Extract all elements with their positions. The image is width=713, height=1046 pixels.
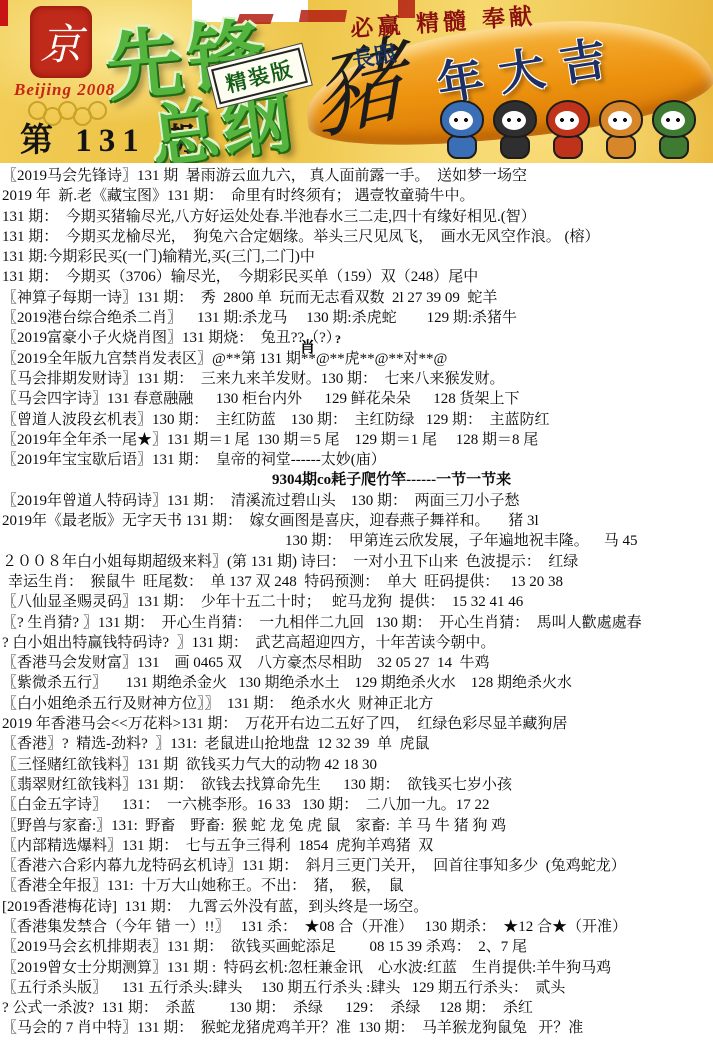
text-line: 131 期： 今期买（3706）输尽光， 今期彩民买单（159）双（248）尾中 bbox=[0, 267, 713, 287]
text-line: 〖2019马会先锋诗〗131 期 暑雨游云血九六， 真人面前露一手。 送如梦一场… bbox=[0, 166, 713, 186]
text-line: 131 期： 今期买龙榆尽光， 狗兔六合定姻缘。举头三尺见凤飞， 画水无风空作浪… bbox=[0, 227, 713, 247]
beijing-2008-wordmark: Beijing 2008 bbox=[14, 80, 115, 100]
text-line: 〖白小姐绝杀五行及财神方位〗〗 131 期： 绝杀水火 财神正北方 bbox=[0, 694, 713, 714]
text-line: ? 公式一杀波? 131 期： 杀蓝 130 期： 杀绿 129： 杀绿 128… bbox=[0, 998, 713, 1018]
text-line: 〖2019年曾道人特码诗〗131 期： 清溪流过碧山头 130 期： 两面三刀小… bbox=[0, 491, 713, 511]
text-line: 〖马会四字诗〗131 春意融融 130 柜台内外 129 鲜花朵朵 128 货架… bbox=[0, 389, 713, 409]
text-line: 〖马会排期发财诗〗131 期： 三来九来羊发财。130 期： 七来八来猴发财。 bbox=[0, 369, 713, 389]
text-line: 〖紫微杀五行〗 131 期绝杀金火 130 期绝杀水土 129 期绝杀火水 12… bbox=[0, 673, 713, 693]
text-line: 幸运生肖： 猴鼠牛 旺尾数： 单 137 双 248 特码预测： 单大 旺码提供… bbox=[0, 572, 713, 592]
text-line: 〖神算子每期一诗〗131 期： 秀 2800 单 玩而无志看双数 2l 27 3… bbox=[0, 288, 713, 308]
mascot-yingying-icon bbox=[599, 100, 643, 160]
text-line: 〖香港集发禁合（今年 错 一）!!〗 131 杀： ★08 合（开准） 130 … bbox=[0, 917, 713, 937]
text-line: 〖? 生肖猜? 〗131 期： 开心生肖猜： 一九相伴二九回 130 期： 开心… bbox=[0, 613, 713, 633]
overprint-mark: ? bbox=[335, 332, 341, 347]
fuwa-mascots bbox=[440, 100, 696, 160]
text-line: 〖内部精选爆料〗131 期： 七与五争三得利 1854 虎狗羊鸡猪 双 bbox=[0, 836, 713, 856]
text-line: 〖八仙显圣赐灵码〗131 期： 少年十五二十时； 蛇马龙狗 提供： 15 32 … bbox=[0, 592, 713, 612]
mascot-nini-icon bbox=[652, 100, 696, 160]
mascot-jingjing-icon bbox=[493, 100, 537, 160]
tip-text-block: 〖2019马会先锋诗〗131 期 暑雨游云血九六， 真人面前露一手。 送如梦一场… bbox=[0, 166, 713, 1039]
text-line: ２００８年白小姐每期超级来料〗(第 131 期) 诗曰： 一对小丑下山来 色波提… bbox=[0, 552, 713, 572]
text-line: ? 白小姐出特赢钱特码诗? 〗131 期： 武艺高超迎四方，十年苦读今朝中。 bbox=[0, 633, 713, 653]
text-line: 〖2019港台综合绝杀二肖〗 131 期:杀龙马 130 期:杀虎蛇 129 期… bbox=[0, 308, 713, 328]
text-line: 131 期:今期彩民买(一门)输精光,买(三门,二门)中 bbox=[0, 247, 713, 267]
text-line: 2019 年 新.老《藏宝图》131 期： 命里有时终须有； 遇壹牧童骑牛中。 bbox=[0, 186, 713, 206]
lottery-tip-sheet: 京 Beijing 2008 第 131 期 豬 年大吉 先锋 总纲 精装版 必… bbox=[0, 0, 713, 1046]
text-line: 〖2019全年版九宫禁肖发表区〗@**第 131 期**@**虎**@**对**… bbox=[0, 349, 713, 369]
text-line: 2019年《最老版》无字天书 131 期： 嫁女画图是喜庆，迎春燕子舞祥和。 猪… bbox=[0, 511, 713, 531]
mascot-huanhuan-icon bbox=[546, 100, 590, 160]
text-line: 〖野兽与家畜:〗131: 野畜 野畜: 猴 蛇 龙 兔 虎 鼠 家畜: 羊 马 … bbox=[0, 816, 713, 836]
text-line: 131 期： 今期买猪输尽光,八方好运处处春.半池春水三二走,四十有缘好相见.(… bbox=[0, 207, 713, 227]
text-line: 〖2019富豪小子火烧肖图〗131 期烧： 兔丑??（?） bbox=[0, 328, 713, 348]
text-line: 〖香港全年报〗131: 十万大山她称王。不出： 猪， 猴， 鼠 bbox=[0, 876, 713, 896]
text-line: 〖2019曾女士分期测算〗131 期 : 特码玄机:忽枉兼金讯 心水波:红蓝 生… bbox=[0, 958, 713, 978]
text-line: 〖马会的 7 肖中特〗131 期： 猴蛇龙猪虎鸡羊开？准 130 期： 马羊猴龙… bbox=[0, 1018, 713, 1038]
text-line: 〖香港六合彩内幕九龙特码玄机诗〗131 期： 斜月三更门关开， 回首往事知多少 … bbox=[0, 856, 713, 876]
overprint-char: 肖 bbox=[300, 336, 315, 357]
text-line: 〖曾道人波段玄机表〗130 期： 主红防蓝 130 期： 主红防绿 129 期：… bbox=[0, 410, 713, 430]
mascot-beibei-icon bbox=[440, 100, 484, 160]
text-line: 〖五行杀头版〗 131 五行杀头:肆头 130 期五行杀头 :肆头 129 期五… bbox=[0, 978, 713, 998]
text-line: 〖三怪赌红欲钱料〗131 期 欲钱买力气大的动物 42 18 30 bbox=[0, 755, 713, 775]
red-fragment bbox=[299, 10, 347, 22]
text-line: 〖白金五字诗〗 131： 一六桃李形。16 33 130 期： 二八加一九。17… bbox=[0, 795, 713, 815]
text-line: 〖2019年宝宝歇后语〗131 期： 皇帝的祠堂------太妙(庙） bbox=[0, 450, 713, 470]
text-line: 2019 年香港马会<<万花料>131 期： 万花开右边二五好了四， 红绿色彩尽… bbox=[0, 714, 713, 734]
beijing-2008-emblem-icon: 京 bbox=[30, 6, 92, 78]
text-line: 〖2019马会玄机排期表〗131 期： 欲钱买画蛇添足 08 15 39 杀鸡：… bbox=[0, 937, 713, 957]
text-line: 〖翡翠财红欲钱料〗131 期： 欲钱去找算命先生 130 期： 欲钱买七岁小孩 bbox=[0, 775, 713, 795]
text-line: 〖2019年全年杀一尾★〗131 期＝1 尾 130 期＝5 尾 129 期＝1… bbox=[0, 430, 713, 450]
header-banner: 京 Beijing 2008 第 131 期 豬 年大吉 先锋 总纲 精装版 必… bbox=[0, 0, 713, 163]
text-line-overprinted: 9304期co耗子爬竹竿------一节一节来 bbox=[0, 470, 713, 490]
text-line: 130 期： 甲第连云欣发展，子年遍地祝丰隆。 马 45 bbox=[0, 531, 713, 551]
text-line: 〖香港〗? 精选-劲料? 〗131: 老鼠进山抢地盘 12 32 39 单 虎鼠 bbox=[0, 734, 713, 754]
text-line: 〖香港马会发财富〗131 画 0465 双 八方豪杰尽相助 32 05 27 1… bbox=[0, 653, 713, 673]
red-corner-decoration bbox=[0, 0, 8, 26]
text-line: [2019香港梅花诗] 131 期： 九霄云外没有蓝，到头终是一场空。 bbox=[0, 897, 713, 917]
